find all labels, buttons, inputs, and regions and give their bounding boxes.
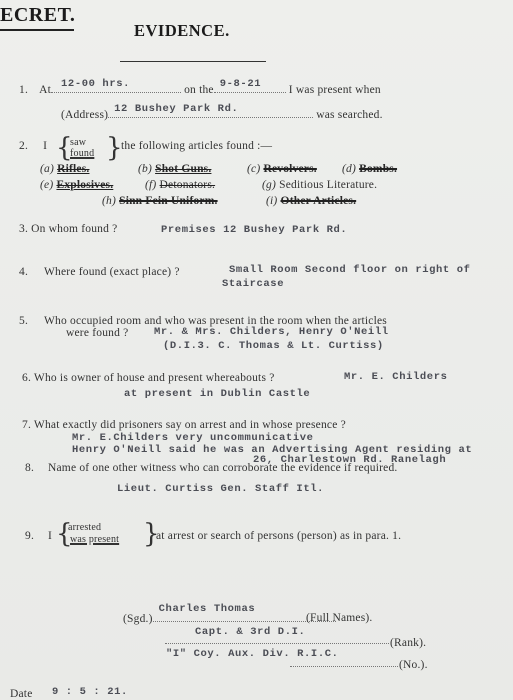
question-number: 1. (19, 84, 28, 96)
article-a: (a) Rifles. (40, 163, 89, 175)
full-name-value: Charles Thomas (159, 603, 256, 615)
i-label: I (43, 140, 47, 152)
question-8: Name of one other witness who can corrob… (48, 462, 397, 474)
question-3: 3. On whom found ? (19, 223, 117, 235)
question-4: Where found (exact place) ? (44, 266, 180, 278)
classification-underline (0, 29, 74, 31)
answer-4-line-1: Small Room Second floor on right of (229, 264, 471, 276)
question-5-line-2: were found ? (66, 327, 128, 339)
question-1-line-1: 1. At12-00 hrs. on the9-8-21 I was prese… (19, 83, 381, 96)
title-rule (120, 61, 266, 62)
answer-7-line-1: Mr. E.Childers very uncommunicative (72, 432, 314, 444)
time-field: 12-00 hrs. (51, 83, 181, 93)
article-b: (b) Shot Guns. (138, 163, 211, 175)
date-field: 9-8-21 (214, 83, 286, 93)
on-the-label: on the (184, 84, 214, 96)
question-9-i-label: I (48, 530, 52, 542)
answer-8: Lieut. Curtiss Gen. Staff Itl. (117, 483, 324, 495)
question-6: 6. Who is owner of house and present whe… (22, 372, 275, 384)
question-8-number: 8. (25, 462, 34, 474)
classification-heading: ECRET. (0, 4, 75, 27)
address-label: (Address) (61, 109, 108, 121)
at-label: At (39, 84, 51, 96)
address-field: 12 Bushey Park Rd. (108, 108, 313, 118)
answer-6-line-2: at present in Dublin Castle (124, 388, 310, 400)
rank-caption: (Rank). (390, 637, 426, 649)
time-value: 12-00 hrs. (61, 78, 130, 90)
article-h: (h) Sinn Fein Uniform. (102, 195, 218, 207)
answer-3: Premises 12 Bushey Park Rd. (161, 224, 347, 236)
article-g: (g) Seditious Literature. (262, 179, 377, 191)
option-arrested: arrested (68, 522, 101, 533)
option-was-present-selected: was present (70, 534, 119, 545)
unit-field (290, 657, 398, 667)
question-9-number: 9. (25, 530, 34, 542)
article-explosives-struck: Explosives. (56, 179, 113, 191)
article-seditious-literature: Seditious Literature. (279, 179, 377, 191)
article-detonators-struck: Detonators. (160, 179, 216, 191)
article-sinn-fein-uniform-struck: Sinn Fein Uniform. (119, 195, 218, 207)
articles-found-label: the following articles found :— (121, 140, 272, 152)
question-5-number: 5. (19, 315, 28, 327)
searched-label: was searched. (316, 109, 382, 121)
evidence-form: ECRET. EVIDENCE. 1. At12-00 hrs. on the9… (0, 0, 513, 700)
article-shotguns-struck: Shot Guns. (155, 163, 211, 175)
question-1-line-2: (Address)12 Bushey Park Rd. was searched… (61, 108, 383, 121)
article-f: (f) Detonators. (145, 179, 215, 191)
article-bombs-struck: Bombs. (359, 163, 397, 175)
option-found-selected: found (70, 148, 94, 159)
answer-4-line-2: Staircase (222, 278, 284, 290)
answer-6-line-1: Mr. E. Childers (344, 371, 448, 383)
unit-caption: (No.). (399, 659, 428, 671)
rank-line (165, 634, 389, 647)
date-value: 9-8-21 (220, 78, 261, 90)
article-c: (c) Revolvers. (247, 163, 317, 175)
address-value: 12 Bushey Park Rd. (114, 103, 238, 115)
article-other-struck: Other Articles. (281, 195, 357, 207)
full-name-caption: (Full Names). (306, 612, 372, 624)
question-2-line: 2. I (19, 140, 47, 152)
article-d: (d) Bombs. (342, 163, 397, 175)
option-saw: saw (70, 137, 86, 148)
article-e: (e) Explosives. (40, 179, 113, 191)
article-revolvers-struck: Revolvers. (263, 163, 316, 175)
signature-line: (Sgd.)Charles Thomas (123, 612, 336, 625)
answer-5-line-2: (D.I.3. C. Thomas & Lt. Curtiss) (163, 340, 384, 352)
sgd-label: (Sgd.) (123, 613, 153, 625)
article-i: (i) Other Articles. (266, 195, 356, 207)
present-label: I was present when (289, 84, 381, 96)
question-7: 7. What exactly did prisoners say on arr… (22, 419, 346, 431)
date-value: 9 : 5 : 21. (52, 686, 128, 698)
question-9-suffix: at arrest or search of persons (person) … (156, 530, 401, 542)
question-number: 2. (19, 140, 28, 152)
form-title: EVIDENCE. (134, 21, 230, 41)
answer-5-line-1: Mr. & Mrs. Childers, Henry O'Neill (154, 326, 389, 338)
rank-field (165, 634, 389, 644)
unit-line (290, 657, 398, 670)
date-label: Date (10, 688, 33, 700)
question-4-number: 4. (19, 266, 28, 278)
article-rifles-struck: Rifles. (57, 163, 89, 175)
